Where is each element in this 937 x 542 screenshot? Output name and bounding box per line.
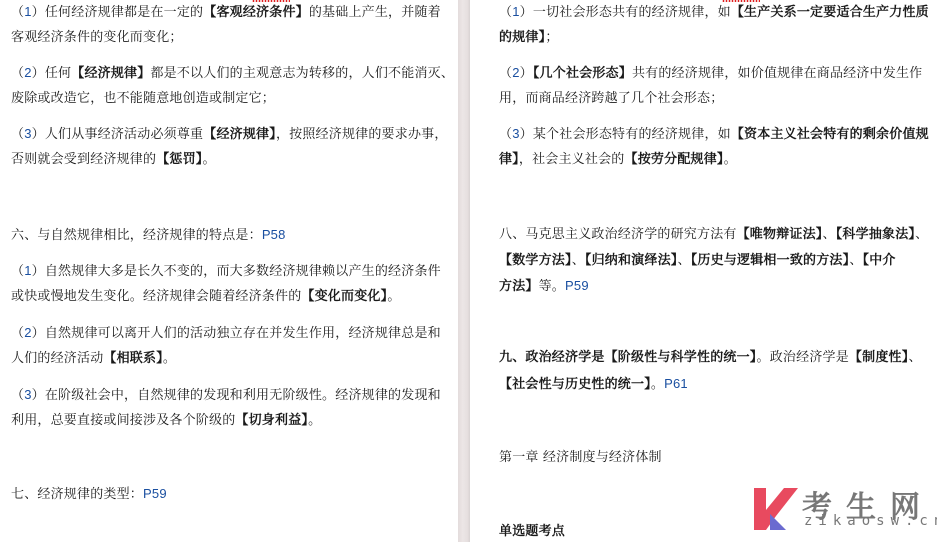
text-run: ） [520,66,533,81]
bold-keyword: 的规律】 [499,30,545,45]
text-line: 九、政治经济学是【阶级性与科学性的统一】。政治经济学是【制度性】、 [499,345,922,370]
text-line: 【社会性与历史性的统一】。P61 [499,371,688,397]
text-run: 废除或改造它，也不能随意地创造或制定它； [11,91,275,106]
text-run: 八、马克思主义政治经济学的研究方法有 [499,227,737,242]
text-run: 。政治经济学是 [757,350,849,365]
text-run: 、 [823,227,836,242]
text-run: 、 [908,350,921,365]
bold-keyword: 【科学抽象法】 [836,227,915,242]
text-run: 、 [915,227,928,242]
text-run: 第一章 经济制度与经济体制 [499,450,662,465]
text-line: 否则就会受到经济规律的【惩罚】。 [11,147,216,172]
text-run: 。 [163,351,176,366]
page-reference: P58 [262,227,286,242]
bold-keyword: 【唯物辩证法】 [737,227,823,242]
text-line: （2）【几个社会形态】共有的经济规律，如价值规律在商品经济中发生作 [499,60,922,86]
text-line: 用，而商品经济跨越了几个社会形态； [499,86,723,111]
text-line: 人们的经济活动【相联系】。 [11,346,176,371]
text-run: 共有的经济规律，如价值规律在商品经济中发生作 [632,66,922,81]
bold-keyword: 单选题考点 [499,524,565,539]
text-run: （ [11,264,24,279]
text-run: 的基础上产生，并随着 [309,5,441,20]
bold-keyword: 【切身利益】 [235,413,308,428]
text-run: 、 [849,253,862,268]
text-run: （ [11,66,24,81]
text-run: 1 [512,4,519,19]
text-line: （1）自然规律大多是长久不变的，而大多数经济规律赖以产生的经济条件 [11,258,441,284]
text-run: ）某个社会形态特有的经济规律，如 [520,127,731,142]
text-run: 用，而商品经济跨越了几个社会形态； [499,91,723,106]
text-run: ）一切社会形态共有的经济规律，如 [520,5,731,20]
text-run: 六、与自然规律相比，经济规律的特点是： [11,228,262,243]
left-document-page: （1）任何经济规律都是在一定的【客观经济条件】的基础上产生，并随着客观经济条件的… [0,0,458,542]
text-line: （1）一切社会形态共有的经济规律，如【生产关系一定要适合生产力性质 [499,0,929,25]
bold-keyword: 【中介 [863,253,896,268]
text-run: 2 [24,65,31,80]
text-run: （ [499,5,512,20]
text-line: 客观经济条件的变化而变化； [11,25,183,50]
bold-keyword: 九、政治经济学是 [499,350,605,365]
text-run: （ [11,326,24,341]
bold-keyword: 【社会性与历史性的统一】 [499,377,651,392]
text-line: （2）自然规律可以离开人们的活动独立存在并发生作用，经济规律总是和 [11,320,441,346]
text-run: ）任何经济规律都是在一定的 [32,5,204,20]
watermark-logo: 考生网 zikaosw.cn [754,484,934,534]
text-run: 3 [512,126,519,141]
text-line: 的规律】； [499,25,559,50]
text-line: 七、经济规律的类型：P59 [11,481,167,507]
k-logo-icon [754,488,798,530]
text-line: 方法】等。P59 [499,273,589,299]
bold-keyword: 【制度性】 [849,350,909,365]
text-run: 1 [24,4,31,19]
text-line: 废除或改造它，也不能随意地创造或制定它； [11,86,275,111]
text-run: （ [11,5,24,20]
text-run: 3 [24,126,31,141]
text-run: （ [499,66,512,81]
text-run: ）在阶级社会中，自然规律的发现和利用无阶级性。经济规律的发现和 [32,388,441,403]
page-reference: P59 [143,486,167,501]
text-line: 或快或慢地发生变化。经济规律会随着经济条件的【变化而变化】。 [11,284,401,309]
text-run: （ [11,127,24,142]
page-gutter [458,0,470,542]
text-run: 。 [308,413,321,428]
text-run: 客观经济条件的变化而变化； [11,30,183,45]
text-line: 第一章 经济制度与经济体制 [499,445,662,470]
bold-keyword: 【生产关系一定要适合生产力性质 [731,5,929,20]
text-run: ）任何 [32,66,72,81]
bold-keyword: 【数学方法】 [499,253,572,268]
text-run: 、 [678,253,691,268]
text-line: 利用，总要直接或间接涉及各个阶级的【切身利益】。 [11,408,321,433]
text-line: 【数学方法】、【归纳和演绎法】、【历史与逻辑相一致的方法】、【中介 [499,248,896,273]
text-line: （3）人们从事经济活动必须尊重【经济规律】，按照经济规律的要求办事， [11,121,448,147]
text-run: ）人们从事经济活动必须尊重 [32,127,204,142]
bold-keyword: 【阶级性与科学性的统一】 [605,350,757,365]
text-run: ； [545,30,558,45]
text-run: 1 [24,263,31,278]
page-reference: P61 [664,376,688,391]
text-line: 八、马克思主义政治经济学的研究方法有【唯物辩证法】、【科学抽象法】、 [499,222,928,247]
text-line: 律】，社会主义社会的【按劳分配规律】。 [499,147,737,172]
text-run: ）自然规律可以离开人们的活动独立存在并发生作用，经济规律总是和 [32,326,441,341]
text-run: 都是不以人们的主观意志为转移的，人们不能消灭、 [150,66,454,81]
text-run: 。 [651,377,664,392]
text-run: （ [11,388,24,403]
text-line: （2）任何【经济规律】都是不以人们的主观意志为转移的，人们不能消灭、 [11,60,454,86]
bold-keyword: 【几个社会形态】 [533,66,632,81]
text-line: 六、与自然规律相比，经济规律的特点是：P58 [11,222,286,248]
bold-keyword: 律】 [499,152,519,167]
text-run: 否则就会受到经济规律的 [11,152,156,167]
bold-keyword: 【相联系】 [103,351,163,366]
bold-keyword: 【经济规律】 [203,127,276,142]
text-line: （3）某个社会形态特有的经济规律，如【资本主义社会特有的剩余价值规 [499,121,929,147]
text-run: 。 [203,152,216,167]
text-line: 单选题考点 [499,519,565,542]
text-run: ，按照经济规律的要求办事， [276,127,448,142]
text-run: 2 [24,325,31,340]
bold-keyword: 【变化而变化】 [301,289,387,304]
right-document-page: （1）一切社会形态共有的经济规律，如【生产关系一定要适合生产力性质的规律】；（2… [470,0,937,542]
text-run: 七、经济规律的类型： [11,487,143,502]
text-run: 3 [24,387,31,402]
text-run: 等。 [539,279,565,294]
text-line: （1）任何经济规律都是在一定的【客观经济条件】的基础上产生，并随着 [11,0,441,25]
text-run: 人们的经济活动 [11,351,103,366]
bold-keyword: 【经济规律】 [71,66,150,81]
bold-keyword: 【客观经济条件】 [203,5,309,20]
bold-keyword: 方法】 [499,279,539,294]
text-run: 。 [724,152,737,167]
text-run: 或快或慢地发生变化。经济规律会随着经济条件的 [11,289,301,304]
bold-keyword: 【资本主义社会特有的剩余价值规 [731,127,929,142]
text-run: 2 [512,65,519,80]
bold-keyword: 【历史与逻辑相一致的方法】 [691,253,850,268]
text-run: ，社会主义社会的 [519,152,625,167]
text-run: ）自然规律大多是长久不变的，而大多数经济规律赖以产生的经济条件 [32,264,441,279]
text-run: 。 [387,289,400,304]
page-reference: P59 [565,278,589,293]
bold-keyword: 【归纳和演绎法】 [585,253,678,268]
bold-keyword: 【按劳分配规律】 [625,152,724,167]
text-line: （3）在阶级社会中，自然规律的发现和利用无阶级性。经济规律的发现和 [11,382,441,408]
text-run: （ [499,127,512,142]
watermark-en-text: zikaosw.cn [804,513,937,529]
bold-keyword: 【惩罚】 [156,152,202,167]
text-run: 、 [572,253,585,268]
text-run: 利用，总要直接或间接涉及各个阶级的 [11,413,235,428]
